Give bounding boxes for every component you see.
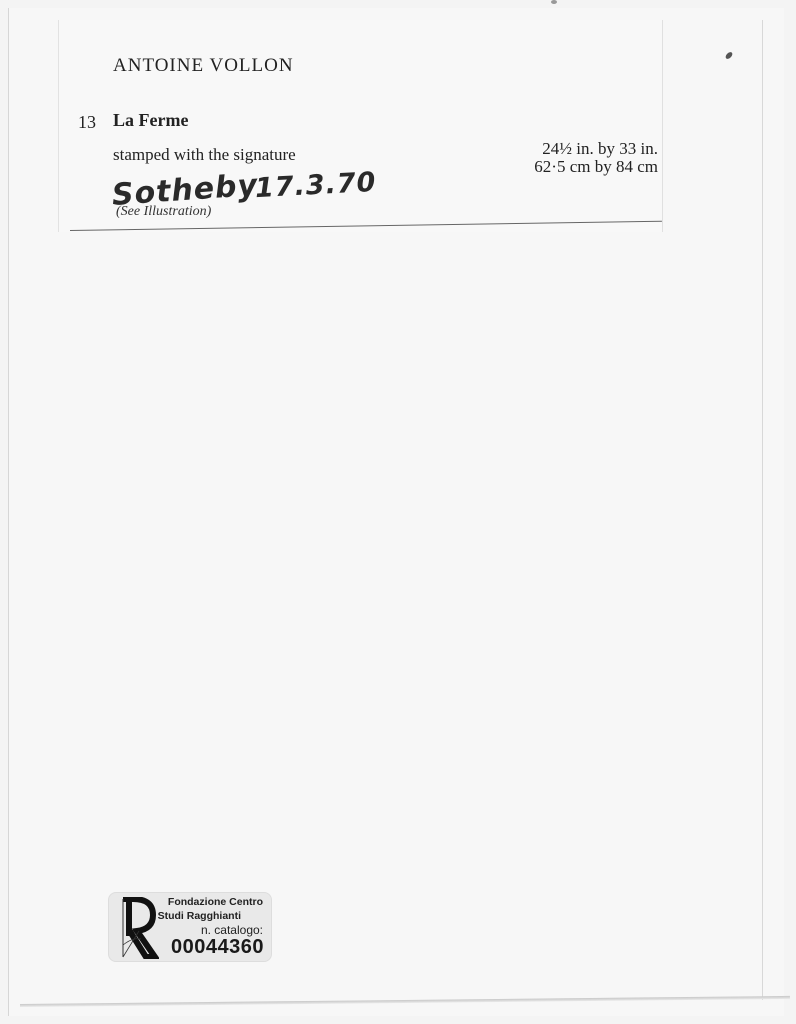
archive-catalog-label: Fondazione Centro Studi Ragghianti n. ca… [108,892,272,962]
label-org-line1: Fondazione Centro [168,896,263,908]
artwork-description: stamped with the signature [113,145,296,165]
handwritten-date: 17.3.70 [254,167,377,204]
dimensions-inches: 24½ in. by 33 in. [534,140,658,158]
artwork-dimensions: 24½ in. by 33 in. 62·5 cm by 84 cm [534,140,658,176]
label-catalog-caption: n. catalogo: [201,923,263,937]
top-edge-mark [551,0,557,4]
sheet-fold-line [762,20,763,1000]
label-catalog-number: 00044360 [171,936,264,959]
dimensions-cm: 62·5 cm by 84 cm [534,158,658,176]
artist-name: ANTOINE VOLLON [113,55,294,77]
ragghianti-r-logo-icon [119,897,159,959]
lot-number: 13 [78,112,96,133]
label-org-line2: Studi Ragghianti [158,910,241,922]
artwork-title: La Ferme [113,110,188,131]
